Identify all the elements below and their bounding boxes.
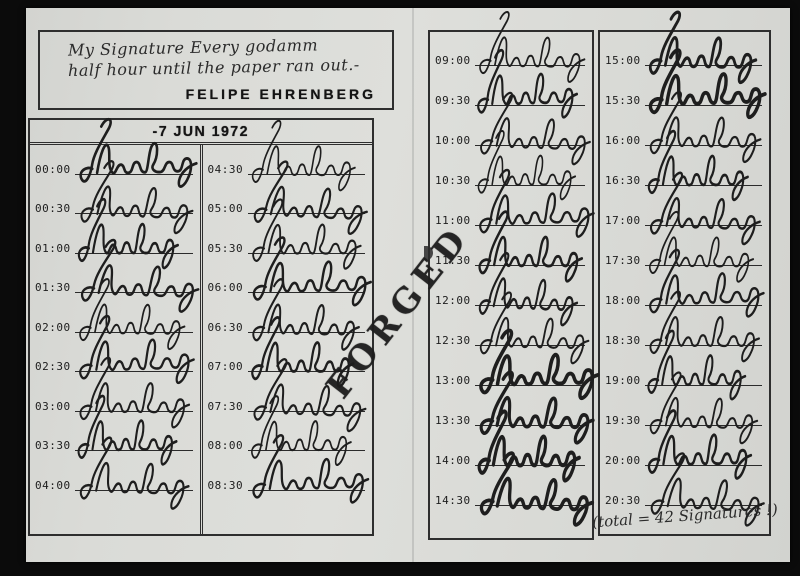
signature-line: [645, 425, 762, 426]
time-label: 01:30: [35, 281, 71, 294]
time-label: 20:30: [605, 494, 641, 507]
timesheet-row: 01:30: [30, 264, 200, 304]
time-column-09-1430: 09:0009:3010:0010:3011:0011:3012:0012:30…: [428, 30, 594, 540]
time-label: 05:30: [208, 242, 244, 255]
time-label: 18:30: [605, 334, 641, 347]
signature-line: [475, 305, 585, 306]
time-label: 03:00: [35, 400, 71, 413]
timesheet-row: 05:30: [203, 224, 373, 264]
timesheet-row: 14:30: [430, 476, 592, 516]
paper-sheet: My Signature Every godamm half hour unti…: [26, 8, 790, 562]
timesheet-row: 17:00: [600, 196, 769, 236]
signature-line: [75, 213, 193, 214]
signature-line: [475, 65, 585, 66]
timesheet-row: 13:30: [430, 396, 592, 436]
time-label: 01:00: [35, 242, 71, 255]
timesheet-row: 04:00: [30, 461, 200, 501]
timesheet-left-table: -7 JUN 1972 00:0000:3001:0001:3002:0002:…: [28, 118, 374, 536]
signature-line: [75, 371, 193, 372]
time-label: 00:00: [35, 163, 71, 176]
date-stamp: -7 JUN 1972: [153, 123, 249, 140]
signature-line: [475, 265, 585, 266]
timesheet-row: 05:00: [203, 185, 373, 225]
timesheet-row: 19:00: [600, 356, 769, 396]
timesheet-row: 12:00: [430, 276, 592, 316]
date-header: -7 JUN 1972: [30, 120, 372, 145]
time-label: 14:30: [435, 494, 471, 507]
signature-line: [475, 425, 585, 426]
signature-line: [248, 411, 366, 412]
time-label: 15:30: [605, 94, 641, 107]
signature-line: [475, 465, 585, 466]
time-label: 02:30: [35, 360, 71, 373]
time-column-15-2030: 15:0015:3016:0016:3017:0017:3018:0018:30…: [598, 30, 771, 536]
time-label: 04:30: [208, 163, 244, 176]
timesheet-row: 08:30: [203, 461, 373, 501]
timesheet-row: 09:00: [430, 36, 592, 76]
timesheet-row: 00:30: [30, 185, 200, 225]
time-label: 17:30: [605, 254, 641, 267]
timesheet-row: 14:00: [430, 436, 592, 476]
signature-line: [645, 305, 762, 306]
scanned-artwork: My Signature Every godamm half hour unti…: [0, 0, 800, 576]
time-label: 18:00: [605, 294, 641, 307]
timesheet-row: 02:30: [30, 343, 200, 383]
signature-line: [645, 345, 762, 346]
time-label: 13:00: [435, 374, 471, 387]
timesheet-row: 18:00: [600, 276, 769, 316]
timesheet-row: 02:00: [30, 303, 200, 343]
timesheet-row: 19:30: [600, 396, 769, 436]
signature-line: [645, 105, 762, 106]
signature-line: [75, 450, 193, 451]
timesheet-row: 01:00: [30, 224, 200, 264]
signature-line: [248, 292, 366, 293]
signature-line: [248, 253, 366, 254]
time-label: 16:00: [605, 134, 641, 147]
time-label: 12:30: [435, 334, 471, 347]
signature-line: [645, 145, 762, 146]
time-label: 20:00: [605, 454, 641, 467]
time-label: 04:00: [35, 479, 71, 492]
time-column-0430-0830: 04:3005:0005:3006:0006:3007:0007:3008:00…: [200, 145, 373, 534]
time-label: 19:30: [605, 414, 641, 427]
time-label: 09:00: [435, 54, 471, 67]
signature-line: [645, 225, 762, 226]
signature-line: [75, 490, 193, 491]
timesheet-row: 06:30: [203, 303, 373, 343]
time-label: 19:00: [605, 374, 641, 387]
signature-line: [645, 185, 762, 186]
timesheet-row: 06:00: [203, 264, 373, 304]
signature-line: [75, 292, 193, 293]
signature-line: [75, 411, 193, 412]
timesheet-row: 10:00: [430, 116, 592, 156]
time-label: 10:30: [435, 174, 471, 187]
time-label: 08:00: [208, 439, 244, 452]
time-label: 00:30: [35, 202, 71, 215]
timesheet-row: 16:30: [600, 156, 769, 196]
signature-line: [248, 332, 366, 333]
time-label: 07:00: [208, 360, 244, 373]
time-label: 08:30: [208, 479, 244, 492]
timesheet-row: 03:30: [30, 422, 200, 462]
time-label: 02:00: [35, 321, 71, 334]
signature-line: [248, 213, 366, 214]
time-label: 07:30: [208, 400, 244, 413]
time-column-00-04: 00:0000:3001:0001:3002:0002:3003:0003:30…: [30, 145, 200, 534]
time-label: 14:00: [435, 454, 471, 467]
signature-line: [248, 174, 366, 175]
time-label: 13:30: [435, 414, 471, 427]
time-label: 05:00: [208, 202, 244, 215]
time-label: 12:00: [435, 294, 471, 307]
signature-line: [645, 65, 762, 66]
signature-line: [645, 465, 762, 466]
signature-line: [475, 385, 585, 386]
timesheet-row: 04:30: [203, 145, 373, 185]
time-label: 10:00: [435, 134, 471, 147]
timesheet-row: 03:00: [30, 382, 200, 422]
signature-line: [475, 105, 585, 106]
time-label: 06:30: [208, 321, 244, 334]
timesheet-row: 20:00: [600, 436, 769, 476]
time-label: 17:00: [605, 214, 641, 227]
signature-line: [475, 145, 585, 146]
signature-line: [75, 174, 193, 175]
timesheet-row: 15:30: [600, 76, 769, 116]
signature-line: [645, 385, 762, 386]
time-label: 15:00: [605, 54, 641, 67]
signature-line: [75, 332, 193, 333]
timesheet-row: 15:00: [600, 36, 769, 76]
signature-line: [645, 265, 762, 266]
artist-name-stamp: FELIPE EHRENBERG: [186, 86, 376, 102]
timesheet-row: 10:30: [430, 156, 592, 196]
signature-line: [475, 505, 585, 506]
timesheet-row: 18:30: [600, 316, 769, 356]
time-label: 16:30: [605, 174, 641, 187]
signature-line: [475, 225, 585, 226]
time-label: 03:30: [35, 439, 71, 452]
timesheet-row: 13:00: [430, 356, 592, 396]
timesheet-row: 00:00: [30, 145, 200, 185]
title-note-box: My Signature Every godamm half hour unti…: [38, 30, 394, 110]
timesheet-row: 16:00: [600, 116, 769, 156]
signature-line: [475, 185, 585, 186]
signature-line: [248, 450, 366, 451]
time-label: 09:30: [435, 94, 471, 107]
timesheet-row: 12:30: [430, 316, 592, 356]
signature-line: [475, 345, 585, 346]
signature-line: [75, 253, 193, 254]
timesheet-row: 09:30: [430, 76, 592, 116]
signature-line: [248, 490, 366, 491]
time-label: 06:00: [208, 281, 244, 294]
timesheet-row: 17:30: [600, 236, 769, 276]
timesheet-row: 08:00: [203, 422, 373, 462]
